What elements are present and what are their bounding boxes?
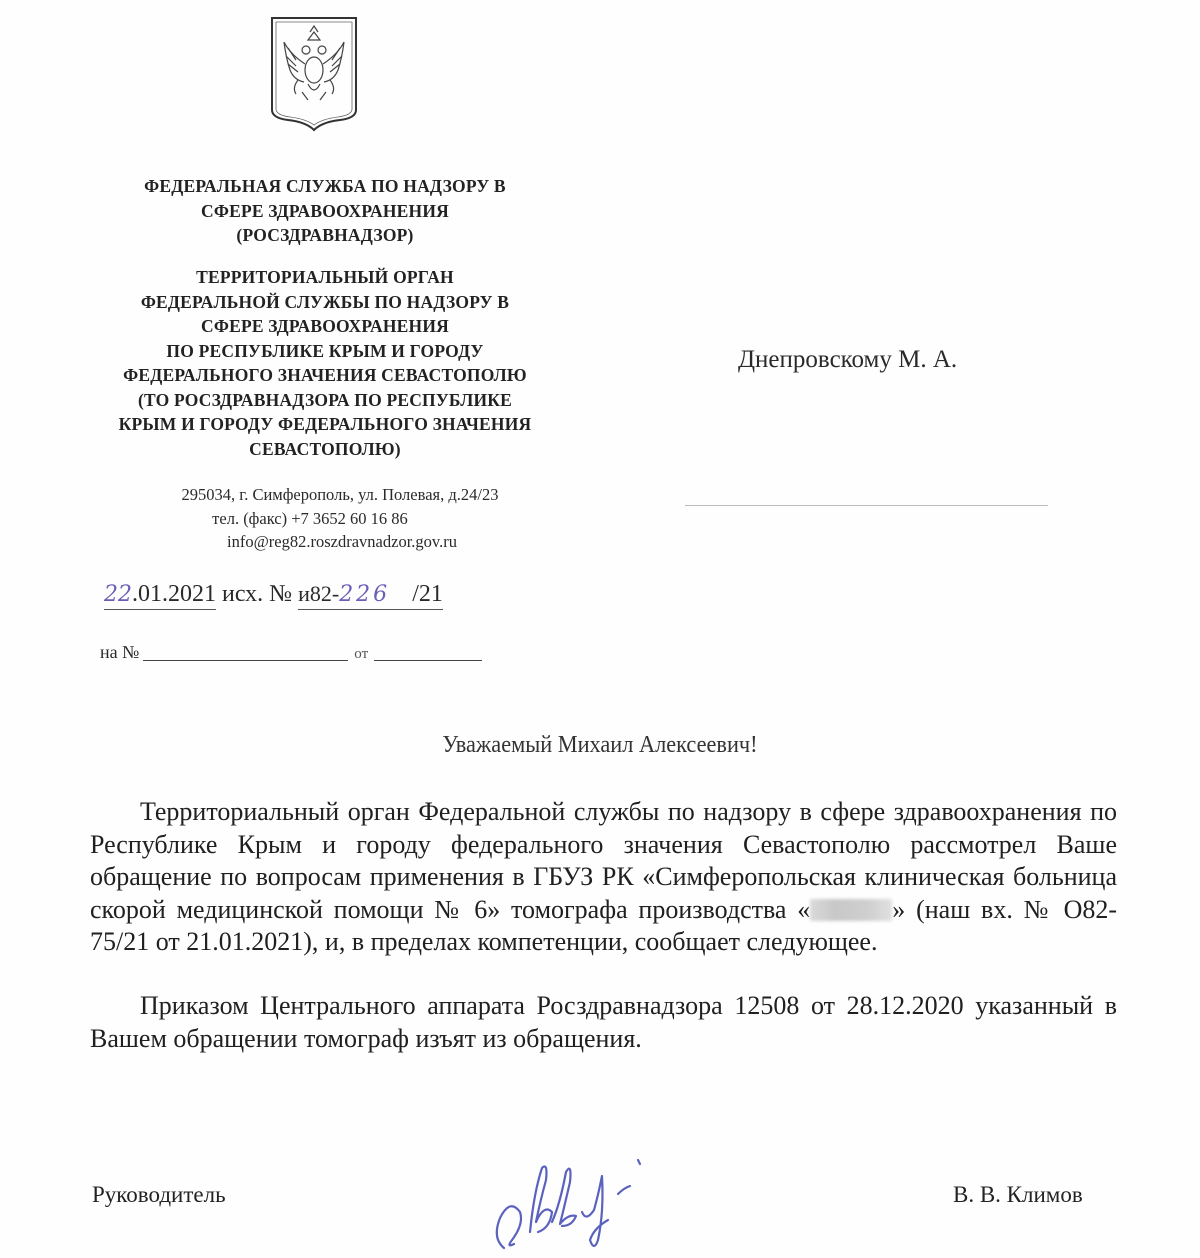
territorial-line: (ТО РОСЗДРАВНАДЗОРА ПО РЕСПУБЛИКЕ	[60, 388, 590, 413]
org-line: ФЕДЕРАЛЬНАЯ СЛУЖБА ПО НАДЗОРУ В	[60, 174, 590, 199]
printed-date: .01.2021	[132, 581, 216, 607]
handwritten-signature-icon	[490, 1152, 700, 1256]
reference-from-label: от	[354, 646, 368, 662]
postal-address: 295034, г. Симферополь, ул. Полевая, д.2…	[100, 483, 580, 507]
handwritten-day: 22	[104, 582, 132, 607]
contact-block: 295034, г. Симферополь, ул. Полевая, д.2…	[100, 483, 580, 554]
territorial-line: ФЕДЕРАЛЬНОЙ СЛУЖБЫ ПО НАДЗОРУ В	[60, 290, 590, 315]
signatory-name: В. В. Климов	[953, 1182, 1083, 1208]
coat-of-arms-icon	[268, 14, 360, 132]
recipient-divider	[685, 505, 1048, 506]
org-name-block: ФЕДЕРАЛЬНАЯ СЛУЖБА ПО НАДЗОРУ В СФЕРЕ ЗД…	[60, 174, 590, 248]
org-line: (РОСЗДРАВНАДЗОР)	[60, 223, 590, 248]
handwritten-number: 226	[339, 582, 390, 607]
redacted-manufacturer	[810, 899, 892, 921]
reference-line: на №от	[100, 642, 482, 663]
phone-fax: тел. (факс) +7 3652 60 16 86	[100, 507, 580, 531]
paragraph-text: Приказом Центрального аппарата Росздравн…	[90, 991, 1117, 1053]
territorial-line: ТЕРРИТОРИАЛЬНЫЙ ОРГАН	[60, 265, 590, 290]
territorial-body-block: ТЕРРИТОРИАЛЬНЫЙ ОРГАН ФЕДЕРАЛЬНОЙ СЛУЖБЫ…	[60, 265, 590, 461]
reference-label: на №	[100, 642, 139, 662]
territorial-line: КРЫМ И ГОРОДУ ФЕДЕРАЛЬНОГО ЗНАЧЕНИЯ	[60, 412, 590, 437]
signatory-title: Руководитель	[92, 1182, 226, 1208]
number-prefix: и82-	[298, 581, 339, 606]
outgoing-number-line: 22.01.2021 исх. № и82-226/21	[104, 580, 443, 610]
greeting: Уважаемый Михаил Алексеевич!	[42, 732, 1158, 759]
outgoing-number: и82-226/21	[298, 580, 443, 610]
territorial-line: ПО РЕСПУБЛИКЕ КРЫМ И ГОРОДУ	[60, 339, 590, 364]
reference-number-blank	[143, 660, 348, 661]
body-paragraph-2: Приказом Центрального аппарата Росздравн…	[90, 990, 1117, 1055]
territorial-line: СЕВАСТОПОЛЮ)	[60, 437, 590, 462]
outgoing-label: исх. №	[222, 581, 292, 607]
recipient-name: Днепровскому М. А.	[738, 346, 957, 374]
outgoing-date: 22.01.2021	[104, 580, 216, 610]
territorial-line: СФЕРЕ ЗДРАВООХРАНЕНИЯ	[60, 314, 590, 339]
body-paragraph-1: Территориальный орган Федеральной службы…	[90, 796, 1117, 959]
number-suffix: /21	[412, 581, 443, 607]
territorial-line: ФЕДЕРАЛЬНОГО ЗНАЧЕНИЯ СЕВАСТОПОЛЮ	[60, 363, 590, 388]
reference-date-blank	[374, 660, 482, 661]
org-line: СФЕРЕ ЗДРАВООХРАНЕНИЯ	[60, 199, 590, 224]
email-address: info@reg82.roszdravnadzor.gov.ru	[100, 530, 580, 554]
